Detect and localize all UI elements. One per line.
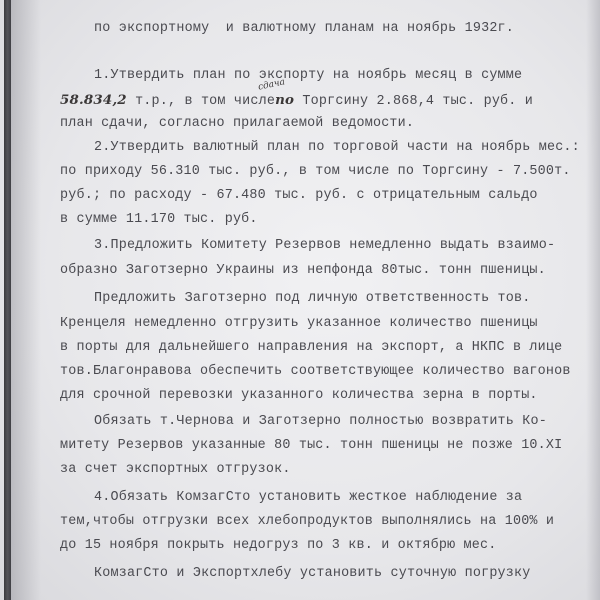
p3b-line-2: Кренцеля немедленно отгрузить указанное …	[60, 316, 538, 332]
p1-line-2-text-a: т.р., в том числе	[127, 94, 275, 109]
p3b-line-1: Предложить Заготзерно под личную ответст…	[94, 291, 531, 307]
p3b-line-3: в порты для дальнейшего направления на э…	[60, 340, 562, 356]
p3b-line-4: тов.Благонравова обеспечить соответствую…	[60, 364, 571, 380]
handwritten-correction: по	[275, 92, 294, 108]
p4-line-3: до 15 ноября покрыть недогруз по 3 кв. и…	[60, 538, 497, 554]
p4-line-2: тем,чтобы отгрузки всех хлебопродуктов в…	[60, 514, 554, 530]
document-page: по экспортному и валютному планам на ноя…	[0, 0, 600, 600]
p3c-line-2: митету Резервов указанные 80 тыс. тонн п…	[60, 438, 562, 454]
p2-line-4: в сумме 11.170 тыс. руб.	[60, 212, 258, 228]
p1-line-3: план сдачи, согласно прилагаемой ведомос…	[60, 116, 414, 132]
binding-edge	[4, 0, 11, 600]
p3c-line-3: за счет экспортных отгрузок.	[60, 462, 291, 478]
p4-line-1: 4.Обязать КомзагСто установить жесткое н…	[94, 490, 522, 506]
binding-shadow	[11, 0, 41, 600]
p2-line-2: по приходу 56.310 тыс. руб., в том числе…	[60, 164, 571, 180]
p3c-line-1: Обязать т.Чернова и Заготзерно полностью…	[94, 414, 547, 430]
heading-line: по экспортному и валютному планам на ноя…	[94, 21, 514, 37]
page-edge-shadow	[586, 0, 600, 600]
p1-line-1: 1.Утвердить план по экспорту на ноябрь м…	[94, 68, 522, 84]
p3-line-1: 3.Предложить Комитету Резервов немедленн…	[94, 238, 555, 254]
p5-line-1: КомзагСто и Экспортхлебу установить суто…	[94, 566, 531, 582]
p2-line-3: руб.; по расходу - 67.480 тыс. руб. с от…	[60, 188, 538, 204]
p1-line-2-text-b: Торгсину 2.868,4 тыс. руб. и	[294, 94, 533, 109]
p3-line-2: образно Заготзерно Украины из непфонда 8…	[60, 263, 546, 279]
p1-line-2: 58.834,2 т.р., в том числепо Торгсину 2.…	[60, 92, 533, 110]
handwritten-amount: 58.834,2	[60, 92, 127, 108]
p3b-line-5: для срочной перевозки указанного количес…	[60, 388, 538, 404]
p2-line-1: 2.Утвердить валютный план по торговой ча…	[94, 140, 580, 156]
